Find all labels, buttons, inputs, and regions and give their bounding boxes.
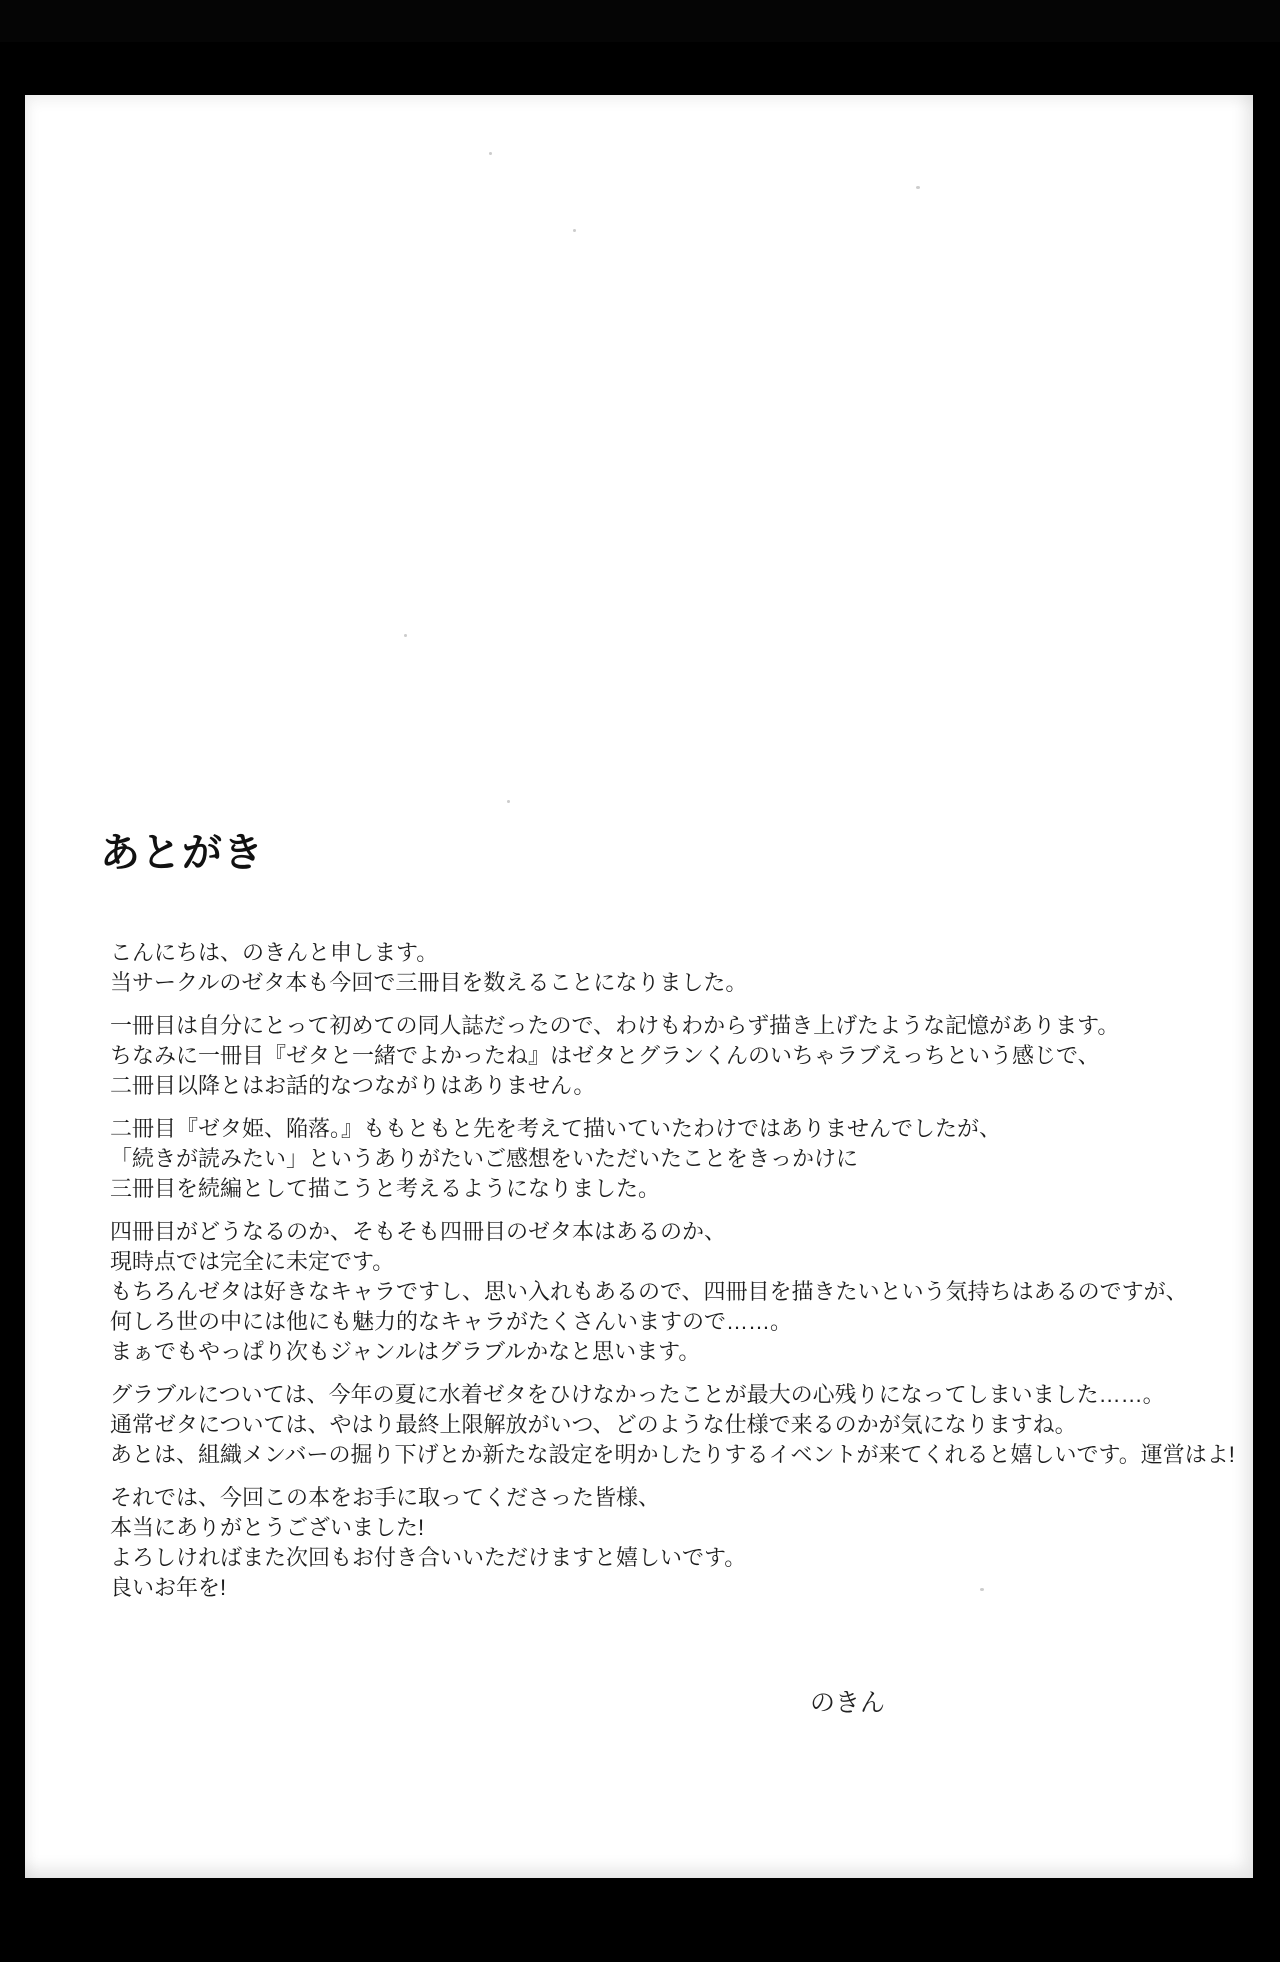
text-line: 良いお年を!	[110, 1573, 1250, 1603]
text-line: 何しろ世の中には他にも魅力的なキャラがたくさんいますので……。	[110, 1307, 1250, 1337]
text-line: 本当にありがとうございました!	[110, 1513, 1250, 1543]
text-line: まぁでもやっぱり次もジャンルはグラブルかなと思います。	[110, 1337, 1250, 1367]
text-line: 三冊目を続編として描こうと考えるようになりました。	[110, 1174, 1250, 1204]
text-line: 通常ゼタについては、やはり最終上限解放がいつ、どのような仕様で来るのかが気になり…	[110, 1410, 1250, 1440]
text-line: あとは、組織メンバーの掘り下げとか新たな設定を明かしたりするイベントが来てくれる…	[110, 1440, 1250, 1470]
text-line: 二冊目以降とはお話的なつながりはありません。	[110, 1071, 1250, 1101]
book-page: あとがき こんにちは、のきんと申します。 当サークルのゼタ本も今回で三冊目を数え…	[25, 95, 1253, 1878]
scan-top-band	[0, 0, 1280, 42]
scan-speck	[573, 229, 576, 232]
text-line: グラブルについては、今年の夏に水着ゼタをひけなかったことが最大の心残りになってし…	[110, 1380, 1250, 1410]
scan-speck	[404, 634, 407, 637]
paragraph: グラブルについては、今年の夏に水着ゼタをひけなかったことが最大の心残りになってし…	[110, 1380, 1250, 1470]
page-title: あとがき	[100, 821, 1250, 878]
text-line: こんにちは、のきんと申します。	[110, 938, 1250, 968]
afterword-body: こんにちは、のきんと申します。 当サークルのゼタ本も今回で三冊目を数えることにな…	[100, 938, 1250, 1718]
afterword-content: あとがき こんにちは、のきんと申します。 当サークルのゼタ本も今回で三冊目を数え…	[100, 821, 1250, 1718]
text-line: 当サークルのゼタ本も今回で三冊目を数えることになりました。	[110, 968, 1250, 998]
paragraph: それでは、今回この本をお手に取ってくださった皆様、 本当にありがとうございました…	[110, 1483, 1250, 1603]
text-line: よろしければまた次回もお付き合いいただけますと嬉しいです。	[110, 1543, 1250, 1573]
paragraph: 一冊目は自分にとって初めての同人誌だったので、わけもわからず描き上げたような記憶…	[110, 1011, 1250, 1101]
text-line: 二冊目『ゼタ姫、陥落。』ももともと先を考えて描いていたわけではありませんでしたが…	[110, 1114, 1250, 1144]
scan-speck	[489, 152, 492, 155]
scan-speck	[916, 186, 920, 189]
text-line: 四冊目がどうなるのか、そもそも四冊目のゼタ本はあるのか、	[110, 1217, 1250, 1247]
text-line: 「続きが読みたい」というありがたいご感想をいただいたことをきっかけに	[110, 1144, 1250, 1174]
paragraph: 二冊目『ゼタ姫、陥落。』ももともと先を考えて描いていたわけではありませんでしたが…	[110, 1114, 1250, 1204]
text-line: それでは、今回この本をお手に取ってくださった皆様、	[110, 1483, 1250, 1513]
text-line: 現時点では完全に未定です。	[110, 1247, 1250, 1277]
scan-speck	[507, 800, 510, 803]
scan-background: あとがき こんにちは、のきんと申します。 当サークルのゼタ本も今回で三冊目を数え…	[0, 0, 1280, 1962]
text-line: もちろんゼタは好きなキャラですし、思い入れもあるので、四冊目を描きたいという気持…	[110, 1277, 1250, 1307]
text-line: 一冊目は自分にとって初めての同人誌だったので、わけもわからず描き上げたような記憶…	[110, 1011, 1250, 1041]
text-line: ちなみに一冊目『ゼタと一緒でよかったね』はゼタとグランくんのいちゃラブえっちとい…	[110, 1041, 1250, 1071]
paragraph: 四冊目がどうなるのか、そもそも四冊目のゼタ本はあるのか、 現時点では完全に未定で…	[110, 1217, 1250, 1367]
paragraph: こんにちは、のきんと申します。 当サークルのゼタ本も今回で三冊目を数えることにな…	[110, 938, 1250, 998]
author-signature: のきん	[810, 1688, 1250, 1718]
